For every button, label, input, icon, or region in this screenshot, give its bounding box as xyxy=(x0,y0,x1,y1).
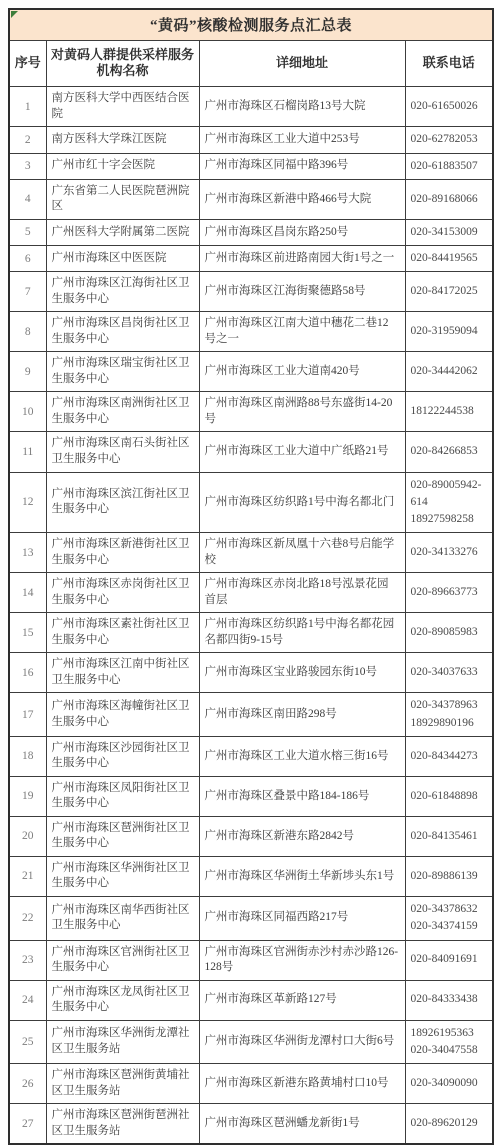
org-phone: 18926195363 020-34047558 xyxy=(405,1020,493,1064)
org-name: 南方医科大学珠江医院 xyxy=(46,127,199,153)
org-phone: 020-34090090 xyxy=(405,1064,493,1104)
row-number: 27 xyxy=(9,1104,46,1145)
table-row: 11广州市海珠区南石头街社区卫生服务中心广州市海珠区工业大道中广纸路21号020… xyxy=(9,432,493,472)
column-header-no: 序号 xyxy=(9,40,46,87)
table-row: 22广州市海珠区南华西街社区卫生服务中心广州市海珠区同福西路217号020-34… xyxy=(9,897,493,941)
table-row: 23广州市海珠区官洲街社区卫生服务中心广州市海珠区官洲街赤沙村赤沙路126-12… xyxy=(9,940,493,980)
org-address: 广州市海珠区革新路127号 xyxy=(199,980,405,1020)
org-name: 广州市海珠区南华西街社区卫生服务中心 xyxy=(46,897,199,941)
table-row: 6广州市海珠区中医医院广州市海珠区前进路南园大街1号之一020-84419565 xyxy=(9,246,493,272)
org-name: 广州市海珠区官洲街社区卫生服务中心 xyxy=(46,940,199,980)
table-row: 26广州市海珠区琶洲街黄埔社区卫生服务站广州市海珠区新港东路黄埔村口10号020… xyxy=(9,1064,493,1104)
org-address: 广州市海珠区赤岗北路18号泓景花园首层 xyxy=(199,573,405,613)
org-phone: 020-84091691 xyxy=(405,940,493,980)
org-name: 广州医科大学附属第二医院 xyxy=(46,219,199,245)
org-address: 广州市海珠区工业大道水榕三街16号 xyxy=(199,736,405,776)
org-name: 广州市海珠区南洲街社区卫生服务中心 xyxy=(46,392,199,432)
table-row: 27广州市海珠区琶洲街琶洲社区卫生服务站广州市海珠区琶洲蟠龙新街1号020-89… xyxy=(9,1104,493,1145)
row-number: 9 xyxy=(9,352,46,392)
org-phone: 020-84344273 xyxy=(405,736,493,776)
org-phone: 020-34133276 xyxy=(405,533,493,573)
org-name: 广州市海珠区江南中街社区卫生服务中心 xyxy=(46,653,199,693)
table-row: 25广州市海珠区华洲街龙潭社区卫生服务站广州市海珠区华洲街龙潭村口大街6号189… xyxy=(9,1020,493,1064)
table-row: 1南方医科大学中西医结合医院广州市海珠区石榴岗路13号大院020-6165002… xyxy=(9,87,493,127)
table-row: 15广州市海珠区素社街社区卫生服务中心广州市海珠区纺织路1号中海名都花园名都四街… xyxy=(9,613,493,653)
org-phone: 020-34442062 xyxy=(405,352,493,392)
table-row: 5广州医科大学附属第二医院广州市海珠区昌岗东路250号020-34153009 xyxy=(9,219,493,245)
row-number: 3 xyxy=(9,153,46,179)
row-number: 16 xyxy=(9,653,46,693)
table-row: 19广州市海珠区凤阳街社区卫生服务中心广州市海珠区叠景中路184-186号020… xyxy=(9,776,493,816)
org-address: 广州市海珠区前进路南园大街1号之一 xyxy=(199,246,405,272)
row-number: 6 xyxy=(9,246,46,272)
org-phone: 020-84266853 xyxy=(405,432,493,472)
table-row: 16广州市海珠区江南中街社区卫生服务中心广州市海珠区宝业路骏园东街10号020-… xyxy=(9,653,493,693)
row-number: 7 xyxy=(9,272,46,312)
table-row: 10广州市海珠区南洲街社区卫生服务中心广州市海珠区南洲路88号东盛街14-20号… xyxy=(9,392,493,432)
table-row: 20广州市海珠区琶洲街社区卫生服务中心广州市海珠区新港东路2842号020-84… xyxy=(9,816,493,856)
org-address: 广州市海珠区华洲街龙潭村口大街6号 xyxy=(199,1020,405,1064)
title-row: “黄码”核酸检测服务点汇总表 xyxy=(9,9,493,40)
table-row: 21广州市海珠区华洲街社区卫生服务中心广州市海珠区华洲街土华新埗头东1号020-… xyxy=(9,856,493,896)
row-number: 23 xyxy=(9,940,46,980)
org-address: 广州市海珠区同福中路396号 xyxy=(199,153,405,179)
org-address: 广州市海珠区工业大道中广纸路21号 xyxy=(199,432,405,472)
table-row: 9广州市海珠区瑞宝街社区卫生服务中心广州市海珠区工业大道南420号020-344… xyxy=(9,352,493,392)
row-number: 1 xyxy=(9,87,46,127)
org-name: 广州市海珠区海幢街社区卫生服务中心 xyxy=(46,693,199,737)
row-number: 22 xyxy=(9,897,46,941)
org-name: 广州市海珠区龙凤街社区卫生服务中心 xyxy=(46,980,199,1020)
org-address: 广州市海珠区新港东路2842号 xyxy=(199,816,405,856)
org-phone: 020-89886139 xyxy=(405,856,493,896)
row-number: 8 xyxy=(9,312,46,352)
org-name: 广州市海珠区南石头街社区卫生服务中心 xyxy=(46,432,199,472)
org-phone: 020-89663773 xyxy=(405,573,493,613)
org-address: 广州市海珠区宝业路骏园东街10号 xyxy=(199,653,405,693)
row-number: 18 xyxy=(9,736,46,776)
org-name: 广州市海珠区沙园街社区卫生服务中心 xyxy=(46,736,199,776)
row-number: 13 xyxy=(9,533,46,573)
org-name: 广州市海珠区瑞宝街社区卫生服务中心 xyxy=(46,352,199,392)
table-row: 4广东省第二人民医院琶洲院区广州市海珠区新港中路466号大院020-891680… xyxy=(9,179,493,219)
org-name: 广州市海珠区琶洲街琶洲社区卫生服务站 xyxy=(46,1104,199,1145)
org-name: 广州市海珠区华洲街龙潭社区卫生服务站 xyxy=(46,1020,199,1064)
table-row: 12广州市海珠区滨江街社区卫生服务中心广州市海珠区纺织路1号中海名都北门020-… xyxy=(9,472,493,533)
row-number: 25 xyxy=(9,1020,46,1064)
org-phone: 020-31959094 xyxy=(405,312,493,352)
org-phone: 18122244538 xyxy=(405,392,493,432)
org-phone: 020-62782053 xyxy=(405,127,493,153)
org-address: 广州市海珠区昌岗东路250号 xyxy=(199,219,405,245)
row-number: 20 xyxy=(9,816,46,856)
org-phone: 020-34378632 020-34374159 xyxy=(405,897,493,941)
org-phone: 020-84172025 xyxy=(405,272,493,312)
row-number: 15 xyxy=(9,613,46,653)
org-address: 广州市海珠区新港中路466号大院 xyxy=(199,179,405,219)
org-phone: 020-61848898 xyxy=(405,776,493,816)
service-points-table: “黄码”核酸检测服务点汇总表 序号 对黄码人群提供采样服务机构名称 详细地址 联… xyxy=(8,8,494,1145)
row-number: 17 xyxy=(9,693,46,737)
org-address: 广州市海珠区工业大道中253号 xyxy=(199,127,405,153)
org-address: 广州市海珠区华洲街土华新埗头东1号 xyxy=(199,856,405,896)
org-address: 广州市海珠区新凤凰十六巷8号启能学校 xyxy=(199,533,405,573)
org-address: 广州市海珠区同福西路217号 xyxy=(199,897,405,941)
org-address: 广州市海珠区江南大道中穗花二巷12号之一 xyxy=(199,312,405,352)
org-name: 广州市海珠区素社街社区卫生服务中心 xyxy=(46,613,199,653)
org-name: 广州市海珠区江海街社区卫生服务中心 xyxy=(46,272,199,312)
row-number: 14 xyxy=(9,573,46,613)
org-address: 广州市海珠区官洲街赤沙村赤沙路126-128号 xyxy=(199,940,405,980)
row-number: 24 xyxy=(9,980,46,1020)
org-phone: 020-84333438 xyxy=(405,980,493,1020)
org-phone: 020-84135461 xyxy=(405,816,493,856)
org-address: 广州市海珠区南洲路88号东盛街14-20号 xyxy=(199,392,405,432)
org-address: 广州市海珠区新港东路黄埔村口10号 xyxy=(199,1064,405,1104)
row-number: 4 xyxy=(9,179,46,219)
org-name: 广州市海珠区中医医院 xyxy=(46,246,199,272)
org-address: 广州市海珠区叠景中路184-186号 xyxy=(199,776,405,816)
table-body: 1南方医科大学中西医结合医院广州市海珠区石榴岗路13号大院020-6165002… xyxy=(9,87,493,1144)
table-row: 14广州市海珠区赤岗街社区卫生服务中心广州市海珠区赤岗北路18号泓景花园首层02… xyxy=(9,573,493,613)
row-number: 19 xyxy=(9,776,46,816)
org-phone: 020-89168066 xyxy=(405,179,493,219)
green-corner-triangle-icon xyxy=(11,11,18,18)
org-phone: 020-89085983 xyxy=(405,613,493,653)
table-row: 17广州市海珠区海幢街社区卫生服务中心广州市海珠区南田路298号020-3437… xyxy=(9,693,493,737)
org-name: 广州市海珠区滨江街社区卫生服务中心 xyxy=(46,472,199,533)
table-row: 24广州市海珠区龙凤街社区卫生服务中心广州市海珠区革新路127号020-8433… xyxy=(9,980,493,1020)
org-address: 广州市海珠区纺织路1号中海名都北门 xyxy=(199,472,405,533)
org-address: 广州市海珠区纺织路1号中海名都花园名都四街9-15号 xyxy=(199,613,405,653)
row-number: 10 xyxy=(9,392,46,432)
org-phone: 020-89620129 xyxy=(405,1104,493,1145)
header-row: 序号 对黄码人群提供采样服务机构名称 详细地址 联系电话 xyxy=(9,40,493,87)
org-address: 广州市海珠区工业大道南420号 xyxy=(199,352,405,392)
org-address: 广州市海珠区石榴岗路13号大院 xyxy=(199,87,405,127)
row-number: 2 xyxy=(9,127,46,153)
org-name: 广州市海珠区赤岗街社区卫生服务中心 xyxy=(46,573,199,613)
org-phone: 020-84419565 xyxy=(405,246,493,272)
row-number: 11 xyxy=(9,432,46,472)
org-phone: 020-89005942-614 18927598258 xyxy=(405,472,493,533)
table-title-cell: “黄码”核酸检测服务点汇总表 xyxy=(9,9,493,40)
org-name: 广东省第二人民医院琶洲院区 xyxy=(46,179,199,219)
org-name: 广州市海珠区昌岗街社区卫生服务中心 xyxy=(46,312,199,352)
column-header-name: 对黄码人群提供采样服务机构名称 xyxy=(46,40,199,87)
table-row: 18广州市海珠区沙园街社区卫生服务中心广州市海珠区工业大道水榕三街16号020-… xyxy=(9,736,493,776)
table-row: 8广州市海珠区昌岗街社区卫生服务中心广州市海珠区江南大道中穗花二巷12号之一02… xyxy=(9,312,493,352)
column-header-phone: 联系电话 xyxy=(405,40,493,87)
org-name: 广州市红十字会医院 xyxy=(46,153,199,179)
row-number: 26 xyxy=(9,1064,46,1104)
org-name: 广州市海珠区华洲街社区卫生服务中心 xyxy=(46,856,199,896)
org-name: 广州市海珠区新港街社区卫生服务中心 xyxy=(46,533,199,573)
table-row: 3广州市红十字会医院广州市海珠区同福中路396号020-61883507 xyxy=(9,153,493,179)
org-name: 南方医科大学中西医结合医院 xyxy=(46,87,199,127)
org-address: 广州市海珠区南田路298号 xyxy=(199,693,405,737)
org-phone: 020-34153009 xyxy=(405,219,493,245)
table-row: 2南方医科大学珠江医院广州市海珠区工业大道中253号020-62782053 xyxy=(9,127,493,153)
org-phone: 020-34378963 18929890196 xyxy=(405,693,493,737)
org-address: 广州市海珠区江海街聚德路58号 xyxy=(199,272,405,312)
row-number: 12 xyxy=(9,472,46,533)
table-title: “黄码”核酸检测服务点汇总表 xyxy=(150,18,352,34)
org-phone: 020-61883507 xyxy=(405,153,493,179)
column-header-address: 详细地址 xyxy=(199,40,405,87)
org-phone: 020-34037633 xyxy=(405,653,493,693)
page: “黄码”核酸检测服务点汇总表 序号 对黄码人群提供采样服务机构名称 详细地址 联… xyxy=(0,0,500,963)
org-name: 广州市海珠区凤阳街社区卫生服务中心 xyxy=(46,776,199,816)
table-row: 13广州市海珠区新港街社区卫生服务中心广州市海珠区新凤凰十六巷8号启能学校020… xyxy=(9,533,493,573)
row-number: 21 xyxy=(9,856,46,896)
org-name: 广州市海珠区琶洲街社区卫生服务中心 xyxy=(46,816,199,856)
org-name: 广州市海珠区琶洲街黄埔社区卫生服务站 xyxy=(46,1064,199,1104)
row-number: 5 xyxy=(9,219,46,245)
table-row: 7广州市海珠区江海街社区卫生服务中心广州市海珠区江海街聚德路58号020-841… xyxy=(9,272,493,312)
org-address: 广州市海珠区琶洲蟠龙新街1号 xyxy=(199,1104,405,1145)
org-phone: 020-61650026 xyxy=(405,87,493,127)
